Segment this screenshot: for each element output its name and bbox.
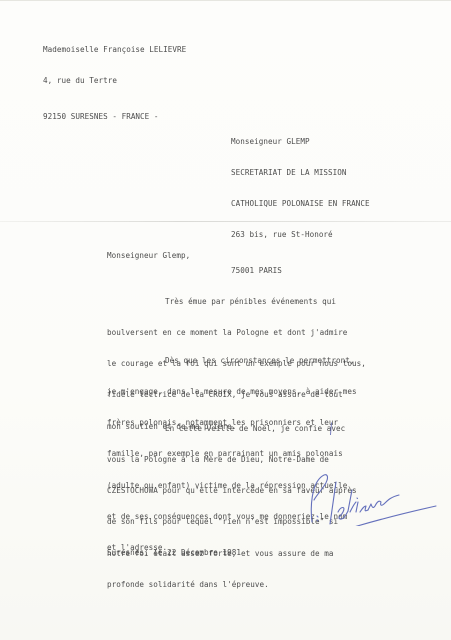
paragraph-line: En cette veille de Noël, je confie avec [107,424,357,434]
sender-address: Mademoiselle Françoise LELIEVRE 4, rue d… [43,24,186,143]
recipient-street: 263 bis, rue St-Honoré [231,230,370,240]
recipient-city: 75001 PARIS [231,266,370,276]
paper-fold-line [0,221,451,222]
salutation: Monseigneur Glemp, [107,251,190,261]
closing-date-line: Suresnes, le 22 Décembre 1981 [107,548,241,558]
sender-city: 92150 SURESNES - FRANCE - [43,112,186,122]
recipient-name: Monseigneur GLEMP [231,137,370,147]
handwritten-correction-mark [328,422,334,436]
paragraph-line: Très émue par pénibles événements qui [107,297,366,307]
recipient-org-line-1: SECRETARIAT DE LA MISSION [231,168,370,178]
letter-page: Mademoiselle Françoise LELIEVRE 4, rue d… [0,0,451,640]
recipient-address: Monseigneur GLEMP SECRETARIAT DE LA MISS… [231,116,370,297]
recipient-org-line-2: CATHOLIQUE POLONAISE EN FRANCE [231,199,370,209]
paragraph-line: profonde solidarité dans l'épreuve. [107,580,357,590]
paragraph-line: Dès que les circonstances le permettront… [107,356,357,366]
handwritten-signature [300,456,450,526]
sender-street: 4, rue du Tertre [43,76,186,86]
paragraph-line: je m'engage, dans la mesure de mes moyen… [107,387,357,397]
sender-name: Mademoiselle Françoise LELIEVRE [43,45,186,55]
